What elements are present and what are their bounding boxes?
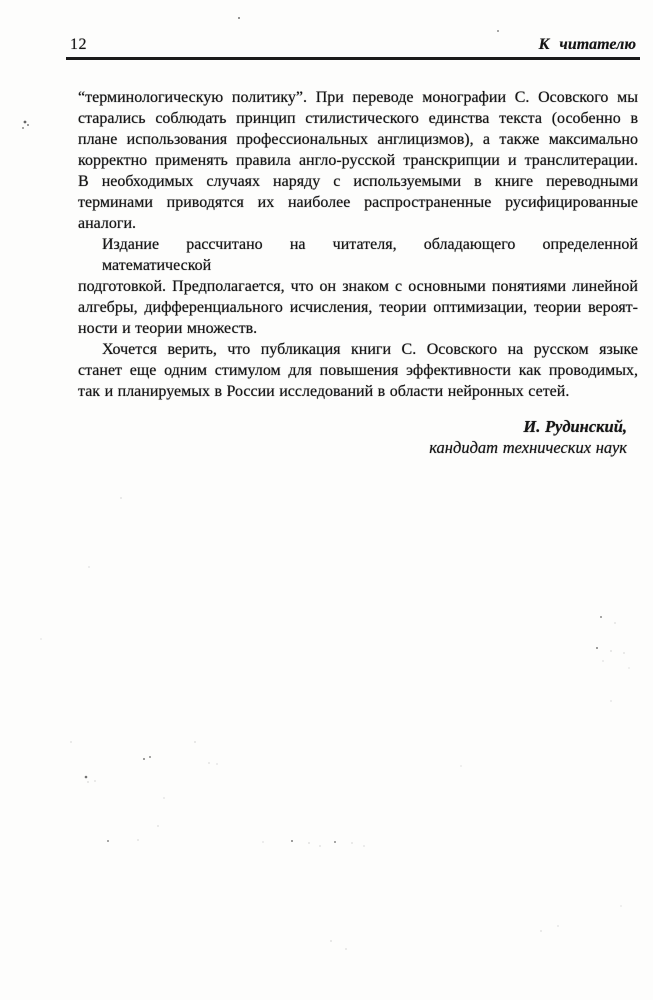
text-line: корректно применять правила англо-русско… xyxy=(78,150,638,171)
text-line: ности и теории множеств. xyxy=(78,318,638,339)
scan-noise-specks xyxy=(0,0,2,2)
paragraph: Хочется верить, что публикация книги С. … xyxy=(78,339,638,402)
text-line: старались соблюдать принцип стилистическ… xyxy=(78,108,638,129)
signature-name: И. Рудинский, xyxy=(78,416,627,437)
page-header: 12 К читателю xyxy=(66,36,640,60)
text-line: терминами приводятся их наиболее распрос… xyxy=(78,192,638,213)
paragraph: “терминологическую политику”. При перево… xyxy=(78,87,638,234)
running-title: К читателю xyxy=(539,36,640,54)
page-number: 12 xyxy=(66,36,87,54)
text-line: В необходимых случаях наряду с используе… xyxy=(78,171,638,192)
text-line: так и планируемых в России исследований … xyxy=(78,381,638,402)
text-line: Хочется верить, что публикация книги С. … xyxy=(78,339,638,360)
text-line: алгебры, дифференциального исчисления, т… xyxy=(78,297,638,318)
text-line: Издание рассчитано на читателя, обладающ… xyxy=(78,234,638,276)
text-line: станет еще одним стимулом для повышения … xyxy=(78,360,638,381)
paragraph: Издание рассчитано на читателя, обладающ… xyxy=(78,234,638,339)
text-line: плане использования профессиональных анг… xyxy=(78,129,638,150)
body-text: “терминологическую политику”. При перево… xyxy=(78,87,638,458)
text-line: аналоги. xyxy=(78,213,638,234)
book-page: 12 К читателю “терминологическую политик… xyxy=(0,0,653,1000)
signature-block: И. Рудинский, кандидат технических наук xyxy=(78,416,638,458)
text-line: “терминологическую политику”. При перево… xyxy=(78,87,638,108)
text-line: подготовкой. Предполагается, что он знак… xyxy=(78,276,638,297)
signature-title: кандидат технических наук xyxy=(78,437,627,458)
